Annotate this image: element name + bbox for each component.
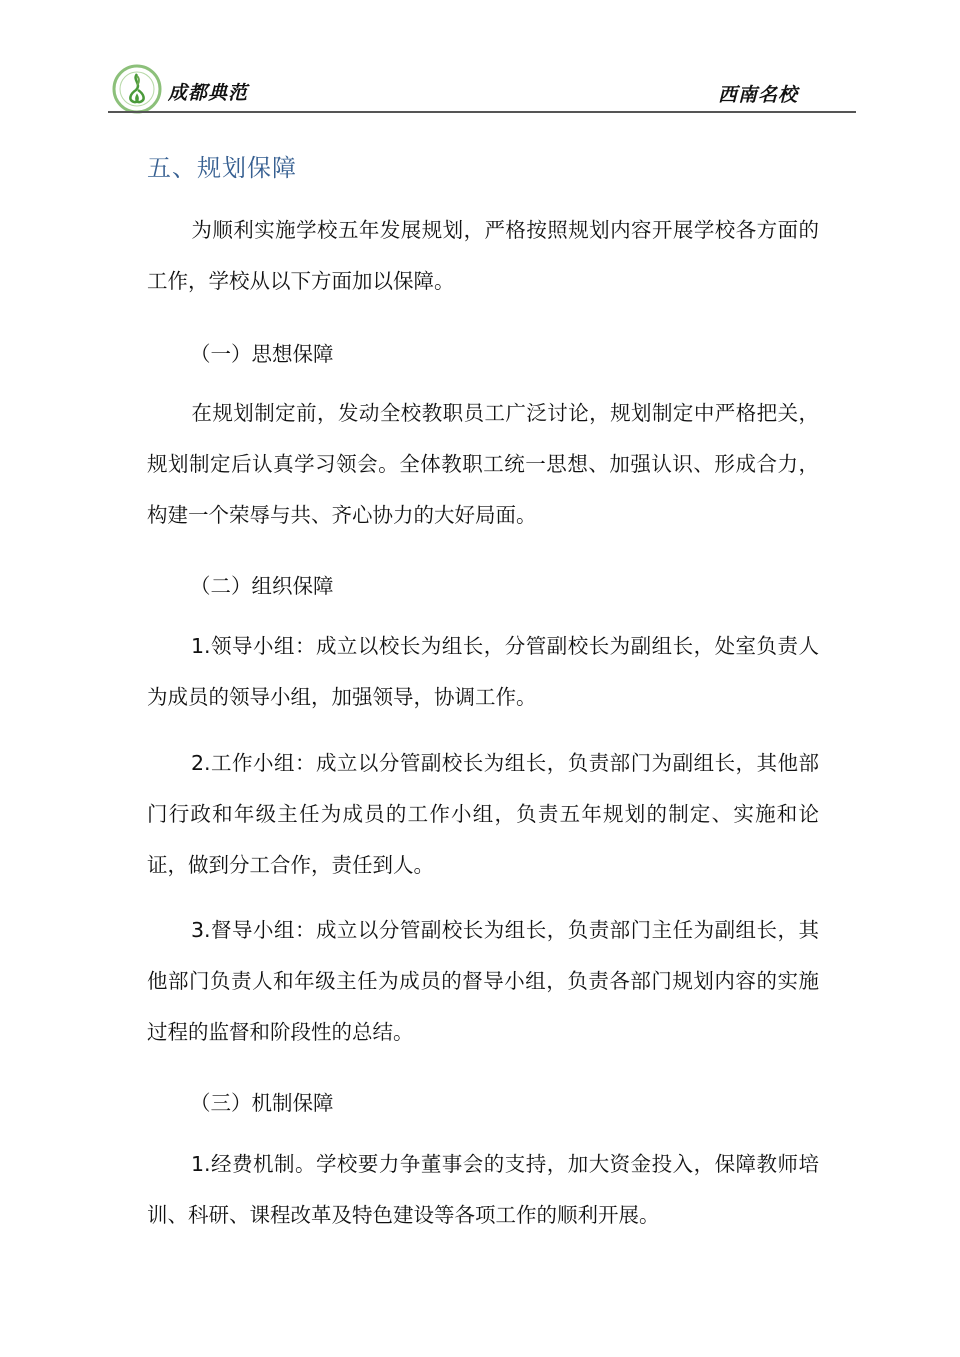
brand-name: 成都典范 bbox=[168, 78, 248, 105]
paragraph-funding: 1.经费机制。学校要力争董事会的支持，加大资金投入，保障教师培训、科研、课程改革… bbox=[147, 1139, 819, 1241]
paragraph-thought: 在规划制定前，发动全校教职员工广泛讨论，规划制定中严格把关，规划制定后认真学习领… bbox=[147, 388, 819, 541]
section-title: 五、规划保障 bbox=[147, 148, 297, 183]
header-slogan: 西南名校 bbox=[718, 80, 798, 107]
school-emblem-icon bbox=[112, 64, 162, 114]
paragraph-text: 1.领导小组：成立以校长为组长，分管副校长为副组长，处室负责人为成员的领导小组，… bbox=[147, 634, 819, 709]
paragraph-supervision-group: 3.督导小组：成立以分管副校长为组长，负责部门主任为副组长，其他部门负责人和年级… bbox=[147, 905, 819, 1058]
paragraph-text: 3.督导小组：成立以分管副校长为组长，负责部门主任为副组长，其他部门负责人和年级… bbox=[147, 918, 819, 1044]
paragraph-text: 在规划制定前，发动全校教职员工广泛讨论，规划制定中严格把关，规划制定后认真学习领… bbox=[147, 401, 819, 527]
paragraph-leadership-group: 1.领导小组：成立以校长为组长，分管副校长为副组长，处室负责人为成员的领导小组，… bbox=[147, 621, 819, 723]
subsection-heading-2: （二）组织保障 bbox=[190, 569, 334, 599]
paragraph-text: 2.工作小组：成立以分管副校长为组长，负责部门为副组长，其他部门行政和年级主任为… bbox=[147, 751, 819, 877]
intro-text: 为顺利实施学校五年发展规划，严格按照规划内容开展学校各方面的工作，学校从以下方面… bbox=[147, 218, 819, 293]
paragraph-text: 1.经费机制。学校要力争董事会的支持，加大资金投入，保障教师培训、科研、课程改革… bbox=[147, 1152, 819, 1227]
page-header: 成都典范 西南名校 bbox=[108, 64, 856, 114]
header-divider bbox=[108, 111, 856, 113]
paragraph-work-group: 2.工作小组：成立以分管副校长为组长，负责部门为副组长，其他部门行政和年级主任为… bbox=[147, 738, 819, 891]
subsection-heading-1: （一）思想保障 bbox=[190, 337, 334, 367]
intro-paragraph: 为顺利实施学校五年发展规划，严格按照规划内容开展学校各方面的工作，学校从以下方面… bbox=[147, 205, 819, 307]
subsection-heading-3: （三）机制保障 bbox=[190, 1086, 334, 1116]
